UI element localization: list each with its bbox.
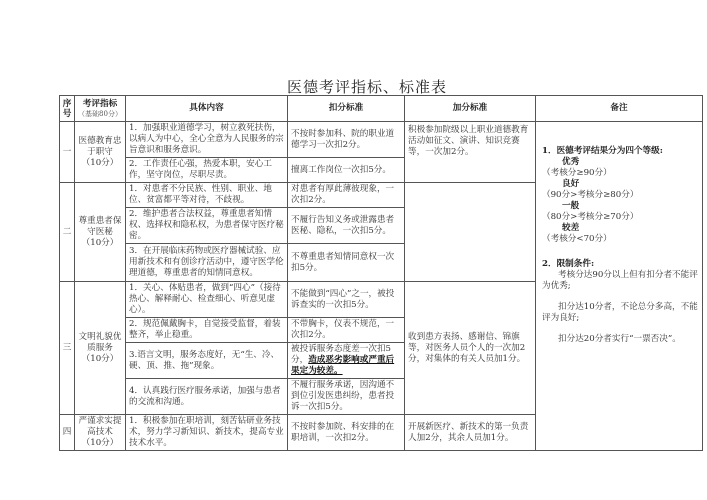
header-add: 加分标准 — [405, 96, 536, 122]
row-seq: 三 — [60, 282, 75, 415]
limit-item: 扣分达10分者，不论总分多高，不能评为良好; — [542, 302, 698, 324]
evaluation-table: 序号 考评指标 （基础80分） 具体内容 扣分标准 加分标准 备注 一 医德教育… — [59, 95, 703, 451]
content-cell: 3．在开展临床药物或医疗器械试验、应用新技术和有创诊疗活动中，遵守医学伦理道德，… — [126, 244, 288, 282]
page-title: 医德考评指标、标准表 — [287, 76, 447, 97]
deduct-cell: 不尊重患者知情同意权一次扣5分。 — [288, 244, 405, 282]
row-indicator: 文明礼貌优质服务（10分） — [75, 282, 126, 415]
level-range: （90分>考核分≥80分） — [542, 190, 698, 201]
row-seq: 二 — [60, 183, 75, 282]
deduct-cell: 不履行服务承诺，因沟通不到位引发医患纠纷，患者投诉一次扣5分。 — [288, 379, 405, 415]
content-cell: 1．积极参加在职培训，刻苦钻研业务技术，努力学习新知识、新技术，提高专业技术水平… — [126, 415, 288, 451]
content-cell: 2．维护患者合法权益，尊重患者知情权、选择权和隐私权，为患者保守医疗秘密。 — [126, 208, 288, 244]
notes-cell: 1．医德考评结果分为四个等级: 优秀 （考核分≥90分） 良好 （90分>考核分… — [536, 122, 703, 451]
deduct-cell: 被投诉服务态度差一次扣5分，造成恶劣影响或严重后果定为较差。 — [288, 343, 405, 379]
header-indicator-label: 考评指标 — [83, 99, 117, 109]
level-name: 良好 — [542, 179, 698, 190]
content-cell: 1．关心、体贴患者，做到“四心”（接待热心、解释耐心、检查细心、听意见虚心）。 — [126, 282, 288, 318]
deduct-cell: 不按时参加院、科安排的在职培训，一次扣2分。 — [288, 415, 405, 451]
level-name: 较差 — [542, 223, 698, 234]
notes-section2-title: 2．限制条件: — [542, 259, 594, 269]
limit-item: 扣分达20分者实行“一票否决”。 — [542, 334, 698, 345]
content-cell: 3.语言文明，服务态度好，无“生、冷、硬、顶、推、拖”现象。 — [126, 343, 288, 379]
level-name: 一般 — [542, 201, 698, 212]
row-seq: 一 — [60, 122, 75, 183]
deduct-cell: 不带胸卡，仪表不规范，一次扣2分。 — [288, 318, 405, 343]
content-cell: 1．加强职业道德学习，树立救死扶伤，以病人为中心，全心全意为人民服务的宗旨意识和… — [126, 122, 288, 158]
add-cell: 积极参加院级以上职业道德教育活动如征文、演讲、知识竞赛等，一次加2分。 — [405, 122, 536, 183]
level-name: 优秀 — [542, 157, 698, 168]
row-indicator: 医德教育忠于职守（10分） — [75, 122, 126, 183]
level-range: （80分>考核分≥70分） — [542, 212, 698, 223]
deduct-cell: 不按时参加科、院的职业道德学习一次扣2分。 — [288, 122, 405, 158]
add-cell: 开展新医疗、新技术的第一负责人加2分，其余人员加1分。 — [405, 415, 536, 451]
header-indicator-sub: （基础80分） — [78, 110, 122, 118]
add-cell — [405, 183, 536, 282]
notes-section1-title: 1．医德考评结果分为四个等级: — [542, 146, 663, 156]
row-indicator: 尊重患者保守医秘（10分） — [75, 183, 126, 282]
content-cell: 1．对患者不分民族、性别、职业、地位、贫富都平等对待，不歧视。 — [126, 183, 288, 208]
table-header-row: 序号 考评指标 （基础80分） 具体内容 扣分标准 加分标准 备注 — [60, 96, 703, 122]
level-range: （考核分<70分） — [542, 234, 698, 245]
content-cell: 2．工作责任心强，热爱本职，安心工作，坚守岗位，尽职尽责。 — [126, 158, 288, 183]
limit-item: 考核分达90分以上但有扣分者不能评为优秀; — [542, 270, 698, 292]
table-row: 一 医德教育忠于职守（10分） 1．加强职业道德学习，树立救死扶伤，以病人为中心… — [60, 122, 703, 158]
header-deduct: 扣分标准 — [288, 96, 405, 122]
content-cell: 2．规范佩戴胸卡，自觉接受监督，着装整齐，举止稳重。 — [126, 318, 288, 343]
header-seq: 序号 — [60, 96, 75, 122]
deduct-cell: 不能做到“四心”之一，被投诉查实的一次扣5分。 — [288, 282, 405, 318]
content-cell: 4．认真践行医疗服务承诺，加强与患者的交流和沟通。 — [126, 379, 288, 415]
header-content: 具体内容 — [126, 96, 288, 122]
row-indicator: 严谨求实提高技术（10分） — [75, 415, 126, 451]
header-notes: 备注 — [536, 96, 703, 122]
deduct-cell: 擅离工作岗位一次扣5分。 — [288, 158, 405, 183]
row-seq: 四 — [60, 415, 75, 451]
deduct-cell: 不履行告知义务或泄露患者医秘、隐私，一次扣5分。 — [288, 208, 405, 244]
level-range: （考核分≥90分） — [542, 168, 698, 179]
add-cell: 收到患方表扬、感谢信、锦旗等，对医务人员个人的一次加2分，对集体的有关人员加1分… — [405, 282, 536, 415]
header-indicator: 考评指标 （基础80分） — [75, 96, 126, 122]
deduct-cell: 对患者有厚此薄彼现象，一次扣2分。 — [288, 183, 405, 208]
